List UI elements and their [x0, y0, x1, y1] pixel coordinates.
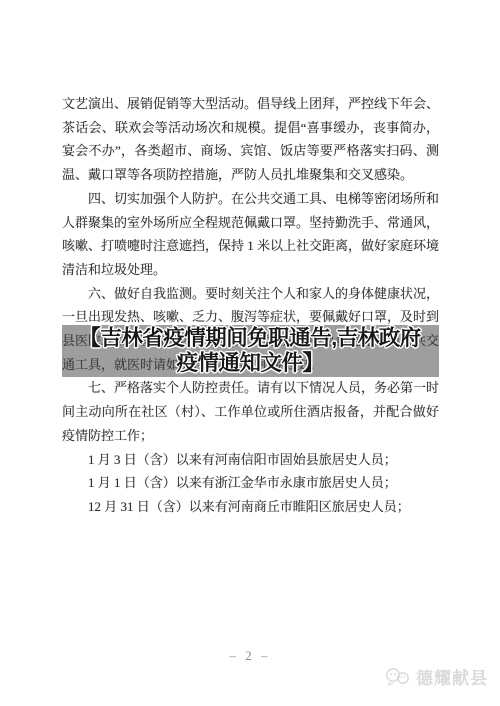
- document-body-text: 文艺演出、展销促销等大型活动。倡导线上团拜，严控线下年会、茶话会、联欢会等活动场…: [62, 92, 439, 519]
- watermark-text: 德耀献县: [416, 664, 488, 689]
- travel-history-item-3: 12 月 31 日（含）以来有河南商丘市睢阳区旅居史人员；: [62, 495, 439, 519]
- paragraph-section-7: 七、严格落实个人防控责任。请有以下情况人员，务必第一时间主动向所在社区（村）、工…: [62, 376, 439, 447]
- travel-history-item-2: 1 月 1 日（含）以来有浙江金华市永康市旅居史人员；: [62, 471, 439, 495]
- overlay-headline-line2: 疫情通知文件】: [40, 351, 460, 376]
- paragraph-section-4: 四、切实加强个人防护。在公共交通工具、电梯等密闭场所和人群聚集的室外场所应全程规…: [62, 187, 439, 282]
- overlay-headline: 【吉林省疫情期间免职通告,吉林政府 疫情通知文件】: [40, 326, 460, 378]
- page-number: – 2 –: [0, 648, 500, 664]
- watermark: 德耀献县: [384, 664, 488, 689]
- scanned-document-page: 文艺演出、展销促销等大型活动。倡导线上团拜，严控线下年会、茶话会、联欢会等活动场…: [0, 0, 500, 706]
- paragraph-continued: 文艺演出、展销促销等大型活动。倡导线上团拜，严控线下年会、茶话会、联欢会等活动场…: [62, 92, 439, 187]
- overlay-headline-line1: 【吉林省疫情期间免职通告,吉林政府: [40, 326, 460, 351]
- travel-history-item-1: 1 月 3 日（含）以来有河南信阳市固始县旅居史人员；: [62, 448, 439, 472]
- chat-bubbles-logo-icon: [384, 665, 412, 689]
